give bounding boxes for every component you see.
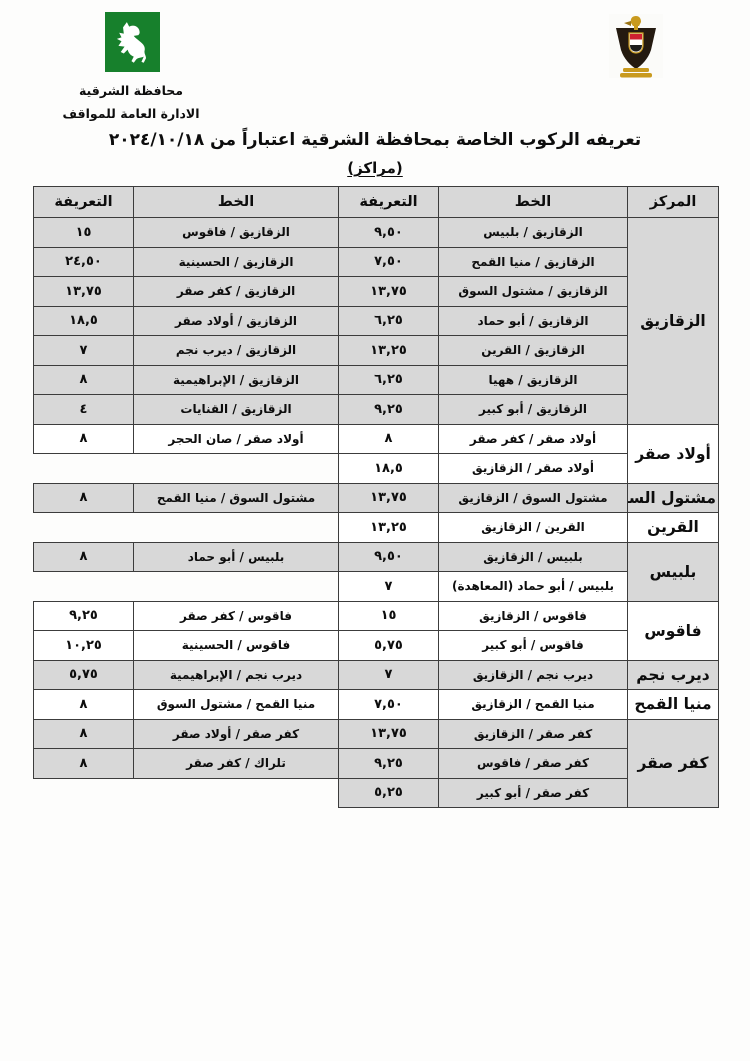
fare-cell: ٩,٥٠ [339, 542, 439, 572]
empty-cell [134, 778, 339, 808]
header-line2: الخط [134, 187, 339, 218]
center-cell: أولاد صقر [628, 424, 719, 483]
fare-cell: ٢٤,٥٠ [34, 247, 134, 277]
route-cell: الزقازيق / كفر صقر [134, 277, 339, 307]
table-row: الزقازيق / القرين١٣,٢٥الزقازيق / ديرب نج… [34, 336, 719, 366]
route-cell: أولاد صقر / صان الحجر [134, 424, 339, 454]
fare-cell: ٥,٧٥ [339, 631, 439, 661]
table-row: منيا القمحمنيا القمح / الزقازيق٧,٥٠منيا … [34, 690, 719, 720]
route-cell: بلبيس / أبو حماد [134, 542, 339, 572]
route-cell: الزقازيق / أبو كبير [439, 395, 628, 425]
fare-cell: ٨ [34, 719, 134, 749]
table-row: الزقازيق / أبو حماد٦,٢٥الزقازيق / أولاد … [34, 306, 719, 336]
center-cell: منيا القمح [628, 690, 719, 720]
fare-cell: ٨ [339, 424, 439, 454]
route-cell: الزقازيق / القنايات [134, 395, 339, 425]
empty-cell [134, 454, 339, 484]
fare-cell: ٩,٥٠ [339, 218, 439, 248]
route-cell: الزقازيق / الحسينية [134, 247, 339, 277]
empty-cell [134, 572, 339, 602]
fare-cell: ١٣,٧٥ [339, 483, 439, 513]
header-fare2: التعريفة [34, 187, 134, 218]
route-cell: أولاد صقر / كفر صقر [439, 424, 628, 454]
empty-cell [34, 778, 134, 808]
table-row: فاقوسفاقوس / الزقازيق١٥فاقوس / كفر صقر٩,… [34, 601, 719, 631]
table-header-row: المركز الخط التعريفة الخط التعريفة [34, 187, 719, 218]
fare-cell: ٤ [34, 395, 134, 425]
fare-cell: ٧,٥٠ [339, 690, 439, 720]
center-cell: مشتول السوق [628, 483, 719, 513]
table-row: ديرب نجمديرب نجم / الزقازيق٧ديرب نجم / ا… [34, 660, 719, 690]
table-row: أولاد صقر / الزقازيق١٨,٥ [34, 454, 719, 484]
fare-cell: ١٣,٧٥ [339, 719, 439, 749]
fare-cell: ٦,٢٥ [339, 306, 439, 336]
empty-cell [34, 572, 134, 602]
route-cell: الزقازيق / أبو حماد [439, 306, 628, 336]
route-cell: ديرب نجم / الزقازيق [439, 660, 628, 690]
fare-cell: ٥,٧٥ [34, 660, 134, 690]
center-cell: كفر صقر [628, 719, 719, 808]
route-cell: الزقازيق / ديرب نجم [134, 336, 339, 366]
fare-cell: ٩,٢٥ [34, 601, 134, 631]
governorate-logo [105, 12, 160, 72]
fare-cell: ١٣,٢٥ [339, 336, 439, 366]
route-cell: الزقازيق / الإبراهيمية [134, 365, 339, 395]
fare-cell: ٨ [34, 749, 134, 779]
route-cell: الزقازيق / أولاد صقر [134, 306, 339, 336]
table-row: الزقازيق / منيا القمح٧,٥٠الزقازيق / الحس… [34, 247, 719, 277]
route-cell: كفر صقر / فاقوس [439, 749, 628, 779]
table-row: أولاد صقرأولاد صقر / كفر صقر٨أولاد صقر /… [34, 424, 719, 454]
route-cell: تلراك / كفر صقر [134, 749, 339, 779]
fare-cell: ١٥ [34, 218, 134, 248]
route-cell: الزقازيق / مشتول السوق [439, 277, 628, 307]
org-department: الادارة العامة للمواقف [40, 106, 222, 122]
table-row: الزقازيقالزقازيق / بلبيس٩,٥٠الزقازيق / ف… [34, 218, 719, 248]
route-cell: بلبيس / أبو حماد (المعاهدة) [439, 572, 628, 602]
table-row: الزقازيق / ههيا٦,٢٥الزقازيق / الإبراهيمي… [34, 365, 719, 395]
header-line: الخط [439, 187, 628, 218]
fare-cell: ١٥ [339, 601, 439, 631]
center-cell: بلبيس [628, 542, 719, 601]
fare-cell: ٧ [339, 572, 439, 602]
route-cell: فاقوس / الزقازيق [439, 601, 628, 631]
fare-cell: ٨ [34, 424, 134, 454]
route-cell: أولاد صقر / الزقازيق [439, 454, 628, 484]
fare-cell: ٧ [339, 660, 439, 690]
route-cell: ديرب نجم / الإبراهيمية [134, 660, 339, 690]
route-cell: كفر صقر / الزقازيق [439, 719, 628, 749]
document-page: محافظة الشرقية الادارة العامة للمواقف تع… [0, 0, 750, 1061]
center-cell: ديرب نجم [628, 660, 719, 690]
route-cell: فاقوس / الحسينية [134, 631, 339, 661]
fare-cell: ١٣,٢٥ [339, 513, 439, 543]
table-row: الزقازيق / أبو كبير٩,٢٥الزقازيق / القناي… [34, 395, 719, 425]
fare-cell: ٩,٢٥ [339, 395, 439, 425]
fare-table: المركز الخط التعريفة الخط التعريفة الزقا… [33, 186, 719, 808]
route-cell: مشتول السوق / الزقازيق [439, 483, 628, 513]
fare-cell: ١٠,٢٥ [34, 631, 134, 661]
fare-cell: ٨ [34, 690, 134, 720]
org-name: محافظة الشرقية [40, 83, 222, 99]
fare-cell: ٧ [34, 336, 134, 366]
table-row: مشتول السوقمشتول السوق / الزقازيق١٣,٧٥مش… [34, 483, 719, 513]
route-cell: فاقوس / كفر صقر [134, 601, 339, 631]
fare-cell: ١٨,٥ [339, 454, 439, 484]
fare-cell: ١٨,٥ [34, 306, 134, 336]
fare-cell: ٨ [34, 365, 134, 395]
table-row: القرينالقرين / الزقازيق١٣,٢٥ [34, 513, 719, 543]
table-row: بلبيسبلبيس / الزقازيق٩,٥٠بلبيس / أبو حما… [34, 542, 719, 572]
table-row: كفر صقركفر صقر / الزقازيق١٣,٧٥كفر صقر / … [34, 719, 719, 749]
eagle-icon [609, 14, 663, 78]
fare-table-body: الزقازيقالزقازيق / بلبيس٩,٥٠الزقازيق / ف… [34, 218, 719, 808]
fare-cell: ١٣,٧٥ [339, 277, 439, 307]
header-fare: التعريفة [339, 187, 439, 218]
horse-icon [110, 16, 156, 68]
table-row: كفر صقر / فاقوس٩,٢٥تلراك / كفر صقر٨ [34, 749, 719, 779]
empty-cell [134, 513, 339, 543]
org-lines: محافظة الشرقية الادارة العامة للمواقف [40, 83, 222, 122]
page-subtitle: (مراكز) [0, 157, 750, 179]
page-title: تعريفه الركوب الخاصة بمحافظة الشرقية اعت… [0, 128, 750, 152]
header-center: المركز [628, 187, 719, 218]
table-row: الزقازيق / مشتول السوق١٣,٧٥الزقازيق / كف… [34, 277, 719, 307]
table-row: بلبيس / أبو حماد (المعاهدة)٧ [34, 572, 719, 602]
center-cell: القرين [628, 513, 719, 543]
table-row: كفر صقر / أبو كبير٥,٢٥ [34, 778, 719, 808]
fare-cell: ٥,٢٥ [339, 778, 439, 808]
route-cell: منيا القمح / الزقازيق [439, 690, 628, 720]
fare-cell: ٨ [34, 483, 134, 513]
center-cell: الزقازيق [628, 218, 719, 425]
table-row: فاقوس / أبو كبير٥,٧٥فاقوس / الحسينية١٠,٢… [34, 631, 719, 661]
route-cell: الزقازيق / بلبيس [439, 218, 628, 248]
route-cell: كفر صقر / أبو كبير [439, 778, 628, 808]
route-cell: الزقازيق / ههيا [439, 365, 628, 395]
egypt-eagle-emblem [609, 14, 663, 78]
route-cell: فاقوس / أبو كبير [439, 631, 628, 661]
route-cell: كفر صقر / أولاد صقر [134, 719, 339, 749]
route-cell: الزقازيق / منيا القمح [439, 247, 628, 277]
route-cell: القرين / الزقازيق [439, 513, 628, 543]
route-cell: منيا القمح / مشتول السوق [134, 690, 339, 720]
route-cell: بلبيس / الزقازيق [439, 542, 628, 572]
fare-cell: ٨ [34, 542, 134, 572]
center-cell: فاقوس [628, 601, 719, 660]
route-cell: الزقازيق / القرين [439, 336, 628, 366]
fare-cell: ١٣,٧٥ [34, 277, 134, 307]
fare-cell: ٦,٢٥ [339, 365, 439, 395]
empty-cell [34, 454, 134, 484]
empty-cell [34, 513, 134, 543]
fare-cell: ٩,٢٥ [339, 749, 439, 779]
route-cell: الزقازيق / فاقوس [134, 218, 339, 248]
fare-cell: ٧,٥٠ [339, 247, 439, 277]
route-cell: مشتول السوق / منيا القمح [134, 483, 339, 513]
